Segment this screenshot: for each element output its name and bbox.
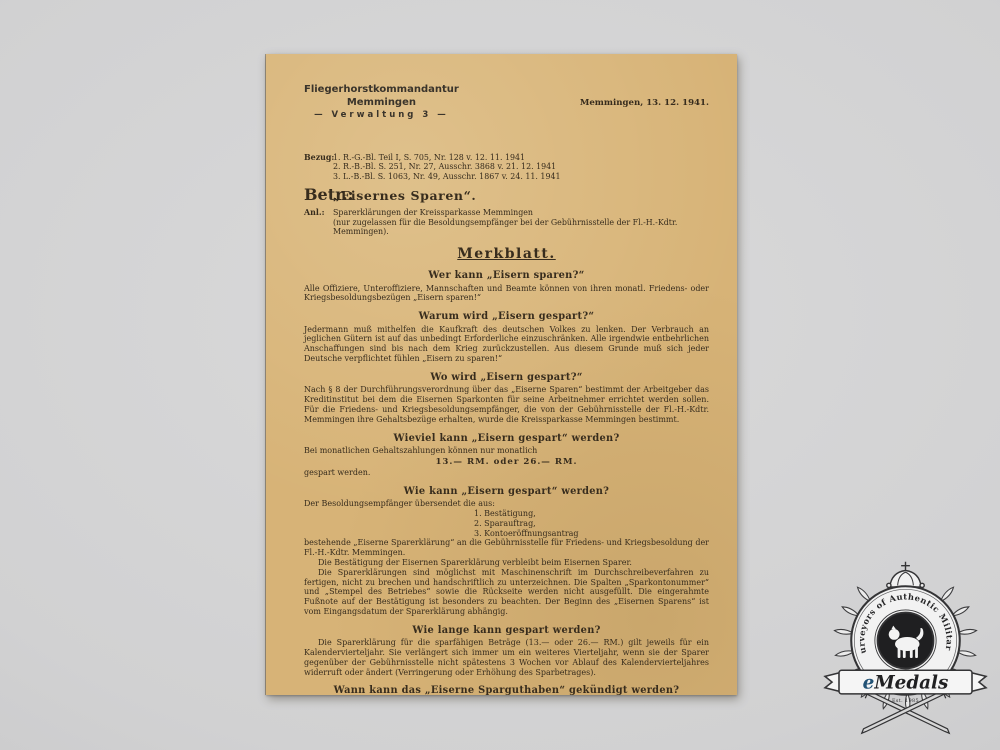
page-title: Merkblatt. — [304, 246, 709, 262]
section-heading: Wie kann „Eisern gespart“ werden? — [304, 486, 709, 497]
section-paragraph: Die Sparerklärungen sind möglichst mit M… — [304, 568, 709, 617]
subject-text: „Eisernes Sparen“. — [333, 188, 476, 203]
section-paragraph: bestehende „Eiserne Sparerklärung“ an di… — [304, 538, 709, 558]
brand-wordmark: eMedals — [863, 673, 949, 694]
emedals-watermark-logo: Purveyors of Authentic Militaria eMedals… — [818, 560, 993, 735]
dateline: Memmingen, 13. 12. 1941. — [580, 98, 709, 108]
established-text: Est. 1985 — [892, 698, 919, 704]
section-paragraph: gespart werden. — [304, 468, 709, 478]
section-heading: Wie lange kann gespart werden? — [304, 625, 709, 636]
section-paragraph: Alle Offiziere, Unteroffiziere, Mannscha… — [304, 284, 709, 304]
reference-item: 2. R.-B.-Bl. S. 251, Nr. 27, Ausschr. 38… — [333, 162, 561, 172]
reference-block: Bezug: 1. R.-G.-Bl. Teil I, S. 705, Nr. … — [304, 153, 709, 182]
section-paragraph: Nach § 8 der Durchführungsverordnung übe… — [304, 385, 709, 424]
letterhead-stamp: Fliegerhorstkommandantur Memmingen — Ver… — [304, 84, 459, 122]
reference-item: 3. L.-B.-Bl. S. 1063, Nr. 49, Ausschr. 1… — [333, 172, 561, 182]
section-heading: Warum wird „Eisern gespart?“ — [304, 311, 709, 322]
reference-item: 1. R.-G.-Bl. Teil I, S. 705, Nr. 128 v. … — [333, 153, 561, 163]
section-heading: Wo wird „Eisern gespart?“ — [304, 372, 709, 383]
enclosure-line: Sparerklärungen der Kreissparkasse Memmi… — [333, 208, 709, 218]
enclosure-row: Anl.: Sparerklärungen der Kreissparkasse… — [304, 208, 709, 237]
list-item: 3. Kontoeröffnungsantrag — [474, 529, 709, 539]
savings-amount-line: 13.— RM. oder 26.— RM. — [304, 457, 709, 467]
reference-items: 1. R.-G.-Bl. Teil I, S. 705, Nr. 128 v. … — [333, 153, 561, 182]
section-paragraph: Die Sparerklärung für die sparfähigen Be… — [304, 638, 709, 677]
unit-name-line1: Fliegerhorstkommandantur — [304, 84, 459, 97]
subject-label: Betr.: — [304, 185, 333, 204]
letterhead: Fliegerhorstkommandantur Memmingen — Ver… — [304, 84, 709, 122]
section-paragraph: Die Bestätigung der Eisernen Sparerkläru… — [304, 558, 709, 568]
list-item: 1. Bestätigung, — [474, 509, 709, 519]
unit-dept-line: — Verwaltung 3 — — [304, 109, 459, 122]
section-heading: Wer kann „Eisern sparen?“ — [304, 270, 709, 281]
reference-label: Bezug: — [304, 153, 333, 182]
section-paragraph: Jedermann muß mithelfen die Kaufkraft de… — [304, 325, 709, 364]
section-paragraph: Der Besoldungsempfänger übersendet die a… — [304, 499, 709, 509]
product-photo: Fliegerhorstkommandantur Memmingen — Ver… — [0, 0, 1000, 750]
list-item: 2. Sparauftrag, — [474, 519, 709, 529]
enclosure-text: Sparerklärungen der Kreissparkasse Memmi… — [333, 208, 709, 237]
enclosure-line: (nur zugelassen für die Besoldungsempfän… — [333, 218, 709, 237]
document-page: Fliegerhorstkommandantur Memmingen — Ver… — [266, 54, 737, 695]
unit-name-line2: Memmingen — [304, 97, 459, 110]
numbered-list: 1. Bestätigung, 2. Sparauftrag, 3. Konto… — [474, 509, 709, 538]
subject-row: Betr.: „Eisernes Sparen“. — [304, 185, 709, 204]
section-heading: Wann kann das „Eiserne Sparguthaben“ gek… — [304, 685, 709, 695]
section-paragraph: Bei monatlichen Gehaltszahlungen können … — [304, 446, 709, 456]
enclosure-label: Anl.: — [304, 208, 333, 237]
section-heading: Wieviel kann „Eisern gespart“ werden? — [304, 433, 709, 444]
